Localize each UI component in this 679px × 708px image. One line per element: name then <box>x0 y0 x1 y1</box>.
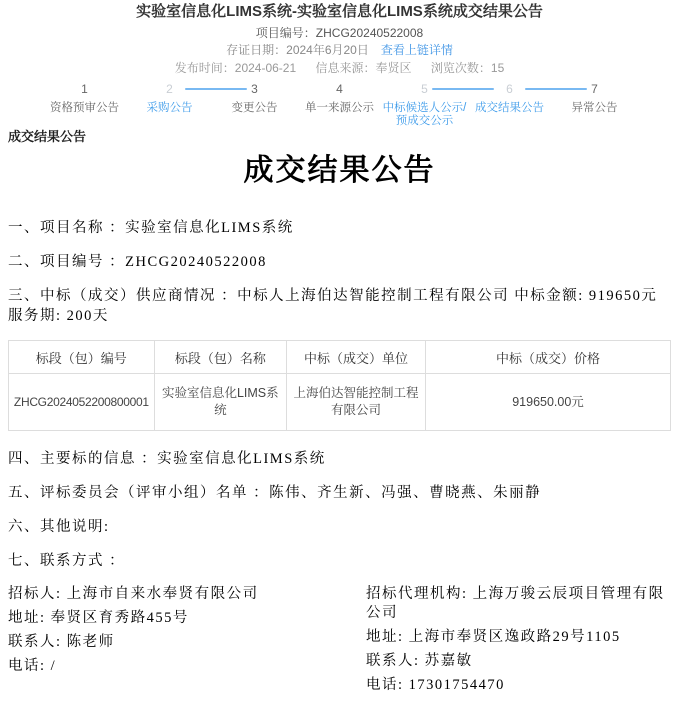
stepper-item-procurement[interactable]: 采购公告 <box>127 102 212 129</box>
step-number: 1 <box>42 83 127 95</box>
stepper-step-3: 3 变更公告 <box>212 83 297 129</box>
info-source: 信息来源：奉贤区 <box>316 61 412 75</box>
cert-date-line: 存证日期：2024年6月20日查看上链详情 <box>8 43 671 57</box>
document-body: 一、项目名称 ：实验室信息化LIMS系统 二、项目编号 ：ZHCG2024052… <box>8 218 671 700</box>
agency-address: 地址: 上海市奉贤区逸政路29号1105 <box>366 628 671 647</box>
cert-date-value: 2024年6月20日 <box>286 43 369 57</box>
stepper-step-6: 6 成交结果公告 <box>467 83 552 129</box>
col-header-winner-unit: 中标（成交）单位 <box>287 341 426 374</box>
cell-package-name: 实验室信息化LIMS系统 <box>154 374 286 431</box>
step-number: 7 <box>552 83 637 95</box>
para-committee: 五、评标委员会（评审小组）名单 ：陈伟、齐生新、冯强、曹晓燕、朱丽静 <box>8 483 671 503</box>
agency-name: 招标代理机构: 上海万骏云辰项目管理有限公司 <box>366 585 671 623</box>
result-table: 标段（包）编号 标段（包）名称 中标（成交）单位 中标（成交）价格 ZHCG20… <box>8 340 671 431</box>
tenderer-phone: 电话: / <box>8 657 366 676</box>
cell-winner-unit: 上海伯达智能控制工程有限公司 <box>287 374 426 431</box>
tenderer-contact-person: 联系人: 陈老师 <box>8 633 366 652</box>
tenderer-name: 招标人: 上海市自来水奉贤有限公司 <box>8 585 366 604</box>
para-other: 六、其他说明: <box>8 517 671 537</box>
page-title: 实验室信息化LIMS系统-实验室信息化LIMS系统成交结果公告 <box>8 3 671 21</box>
contact-block: 招标人: 上海市自来水奉贤有限公司 地址: 奉贤区育秀路455号 联系人: 陈老… <box>8 585 671 700</box>
view-count: 浏览次数：15 <box>431 61 504 75</box>
col-header-package-name: 标段（包）名称 <box>154 341 286 374</box>
col-header-package-no: 标段（包）编号 <box>9 341 155 374</box>
view-chain-link[interactable]: 查看上链详情 <box>381 43 453 57</box>
para-project-no: 二、项目编号 ：ZHCG20240522008 <box>8 252 671 272</box>
contact-tenderer: 招标人: 上海市自来水奉贤有限公司 地址: 奉贤区育秀路455号 联系人: 陈老… <box>8 585 366 700</box>
para-subject: 四、主要标的信息 ：实验室信息化LIMS系统 <box>8 449 671 469</box>
para-contact-heading: 七、联系方式 ： <box>8 551 671 571</box>
step-number: 2 <box>127 83 212 95</box>
announcement-stepper: 1 资格预审公告 2 采购公告 3 变更公告 4 单一来源公示 5 中标候选人公… <box>8 83 671 129</box>
project-number-value: ZHCG20240522008 <box>316 26 423 40</box>
para-supplier: 三、中标（成交）供应商情况 ：中标人上海伯达智能控制工程有限公司 中标金额: 9… <box>8 286 671 326</box>
stepper-step-2: 2 采购公告 <box>127 83 212 129</box>
stepper-item-change: 变更公告 <box>212 102 297 129</box>
agency-phone: 电话: 17301754470 <box>366 676 671 695</box>
col-header-winner-price: 中标（成交）价格 <box>426 341 671 374</box>
contact-agency: 招标代理机构: 上海万骏云辰项目管理有限公司 地址: 上海市奉贤区逸政路29号1… <box>366 585 671 700</box>
breadcrumb: 成交结果公告 <box>8 129 671 144</box>
project-number-line: 项目编号：ZHCG20240522008 <box>8 26 671 40</box>
document-title: 成交结果公告 <box>8 152 671 190</box>
table-header-row: 标段（包）编号 标段（包）名称 中标（成交）单位 中标（成交）价格 <box>9 341 671 374</box>
table-row: ZHCG2024052200800001 实验室信息化LIMS系统 上海伯达智能… <box>9 374 671 431</box>
agency-contact-person: 联系人: 苏嘉敏 <box>366 652 671 671</box>
stepper-item-candidate[interactable]: 中标候选人公示/预成交公示 <box>382 102 467 129</box>
publish-time: 发布时间：2024-06-21 <box>175 61 296 75</box>
stepper-item-single-source: 单一来源公示 <box>297 102 382 129</box>
cell-winner-price: 919650.00元 <box>426 374 671 431</box>
stepper-item-qualification: 资格预审公告 <box>42 102 127 129</box>
publish-info-line: 发布时间：2024-06-21 信息来源：奉贤区 浏览次数：15 <box>8 61 671 75</box>
stepper-step-4: 4 单一来源公示 <box>297 83 382 129</box>
stepper-item-abnormal: 异常公告 <box>552 102 637 129</box>
step-number: 4 <box>297 83 382 95</box>
stepper-step-5: 5 中标候选人公示/预成交公示 <box>382 83 467 129</box>
step-number: 5 <box>382 83 467 95</box>
stepper-item-result[interactable]: 成交结果公告 <box>467 102 552 129</box>
project-number-label: 项目编号： <box>256 26 316 40</box>
tenderer-address: 地址: 奉贤区育秀路455号 <box>8 609 366 628</box>
para-project-name: 一、项目名称 ：实验室信息化LIMS系统 <box>8 218 671 238</box>
announcement-page: 实验室信息化LIMS系统-实验室信息化LIMS系统成交结果公告 项目编号：ZHC… <box>0 0 679 708</box>
cert-date-label: 存证日期： <box>226 43 286 57</box>
cell-package-no: ZHCG2024052200800001 <box>9 374 155 431</box>
step-number: 6 <box>467 83 552 95</box>
stepper-step-1: 1 资格预审公告 <box>42 83 127 129</box>
step-number: 3 <box>212 83 297 95</box>
stepper-step-7: 7 异常公告 <box>552 83 637 129</box>
